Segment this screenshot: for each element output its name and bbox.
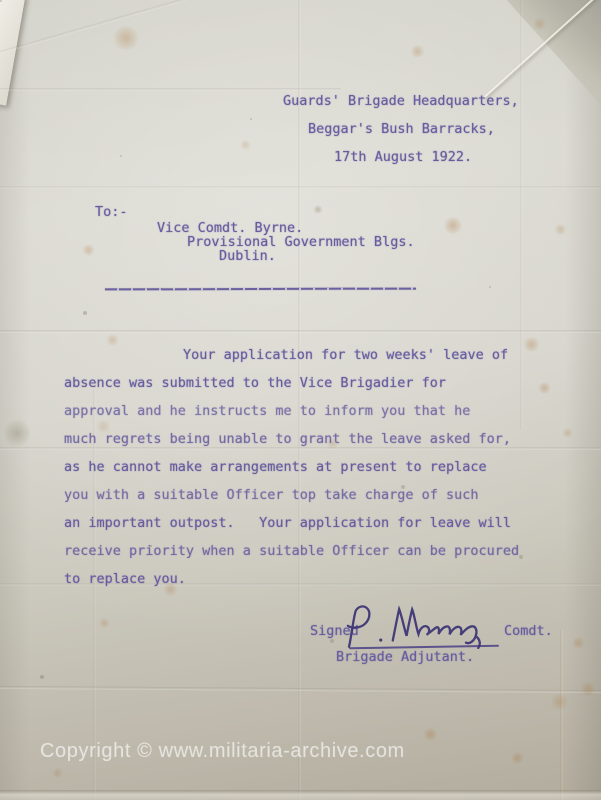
body-line: an important outpost. Your application f… bbox=[64, 509, 564, 537]
bottom-fold-band bbox=[0, 790, 601, 800]
to-label: To:- bbox=[95, 205, 128, 219]
letterhead-date: 17th August 1922. bbox=[334, 150, 472, 164]
foxing-stain bbox=[580, 682, 596, 696]
signature-rank: Comdt. bbox=[504, 624, 553, 638]
letterhead-line-2: Beggar's Bush Barracks, bbox=[308, 122, 495, 136]
body-line: as he cannot make arrangements at presen… bbox=[64, 453, 564, 481]
foxing-stain bbox=[99, 618, 110, 628]
foxing-stain bbox=[52, 768, 63, 778]
foxing-stain bbox=[423, 728, 438, 741]
recipient-address: Provisional Government Blgs. bbox=[187, 235, 415, 249]
foxing-stain bbox=[533, 18, 546, 30]
foxing-stain bbox=[554, 224, 567, 235]
foxing-stain bbox=[511, 752, 524, 764]
body-line: much regrets being unable to grant the l… bbox=[64, 425, 564, 453]
foxing-stain bbox=[313, 205, 323, 214]
foxing-stain bbox=[4, 418, 30, 448]
signature-handwriting bbox=[337, 594, 505, 657]
body-line: absence was submitted to the Vice Brigad… bbox=[64, 369, 564, 397]
foxing-stain bbox=[443, 217, 463, 234]
foxing-stain bbox=[550, 694, 569, 710]
copyright-watermark: Copyright © www.militaria-archive.com bbox=[40, 740, 405, 763]
recipient-name: Vice Comdt. Byrne. bbox=[157, 221, 303, 235]
signature-title: Brigade Adjutant. bbox=[336, 650, 474, 664]
letterhead-line-1: Guards' Brigade Headquarters, bbox=[283, 94, 519, 108]
letter-body: Your application for two weeks' leave of… bbox=[64, 341, 564, 593]
crease-line bbox=[0, 88, 341, 91]
foxing-stain bbox=[572, 637, 585, 649]
paper-grime bbox=[0, 0, 2, 2]
body-line: approval and he instructs me to inform y… bbox=[64, 397, 564, 425]
recipient-city: Dublin. bbox=[219, 249, 276, 263]
body-line: receive priority when a suitable Officer… bbox=[64, 537, 564, 565]
foxing-stain bbox=[410, 45, 425, 58]
body-line: to replace you. bbox=[64, 565, 564, 593]
foxing-stain bbox=[82, 244, 95, 256]
foxing-stain bbox=[112, 26, 140, 50]
body-line: Your application for two weeks' leave of bbox=[64, 341, 564, 369]
photographed-letter: Guards' Brigade Headquarters, Beggar's B… bbox=[0, 0, 601, 800]
body-line: you with a suitable Officer top take cha… bbox=[64, 481, 564, 509]
crease-line bbox=[560, 630, 563, 800]
foxing-stain bbox=[240, 140, 251, 150]
